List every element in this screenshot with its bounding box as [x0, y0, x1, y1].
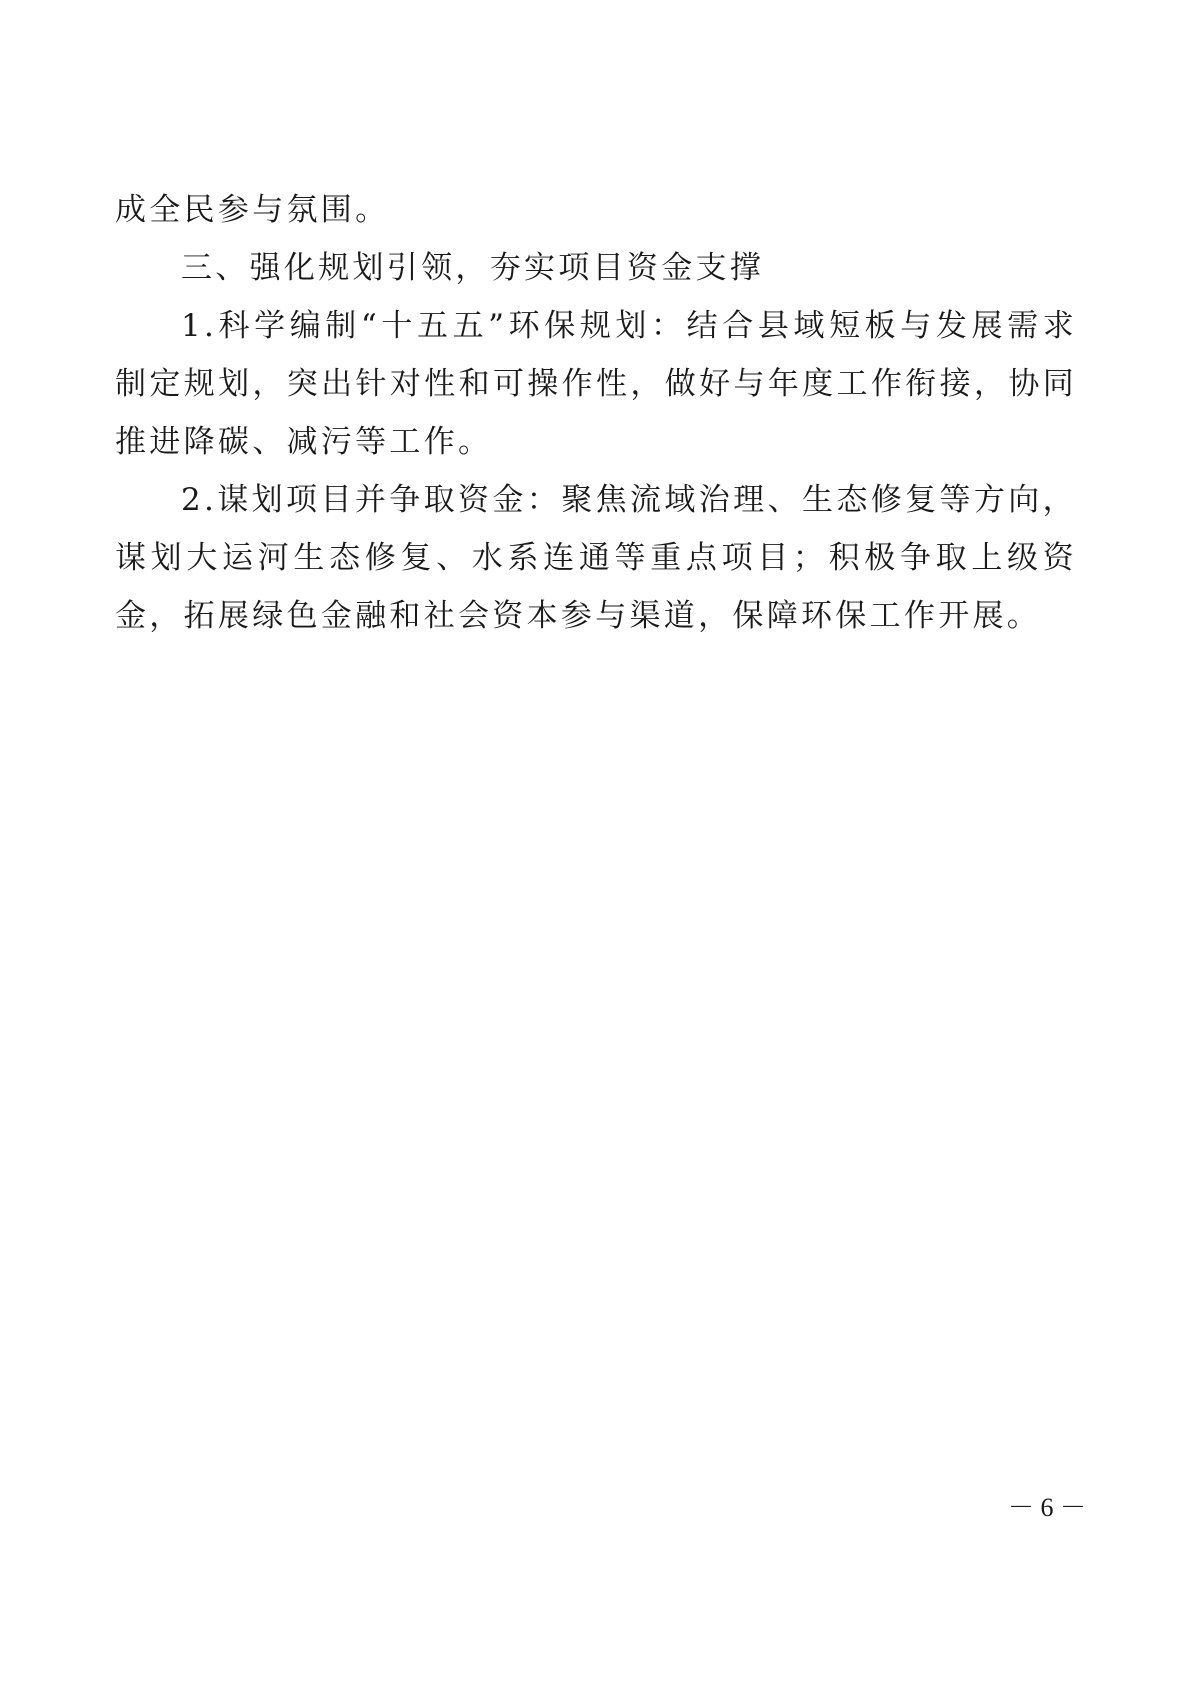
- page-number: － 6 －: [1008, 1490, 1080, 1526]
- section-heading: 三、强化规划引领，夯实项目资金支撑: [115, 239, 1077, 297]
- paragraph-item-2: 2.谋划项目并争取资金：聚焦流域治理、生态修复等方向，谋划大运河生态修复、水系连…: [115, 471, 1077, 645]
- document-body: 成全民参与氛围。 三、强化规划引领，夯实项目资金支撑 1.科学编制“十五五”环保…: [115, 181, 1077, 645]
- paragraph-continuation: 成全民参与氛围。: [115, 181, 1077, 239]
- document-page: 成全民参与氛围。 三、强化规划引领，夯实项目资金支撑 1.科学编制“十五五”环保…: [0, 0, 1190, 1683]
- paragraph-item-1: 1.科学编制“十五五”环保规划：结合县域短板与发展需求制定规划，突出针对性和可操…: [115, 297, 1077, 471]
